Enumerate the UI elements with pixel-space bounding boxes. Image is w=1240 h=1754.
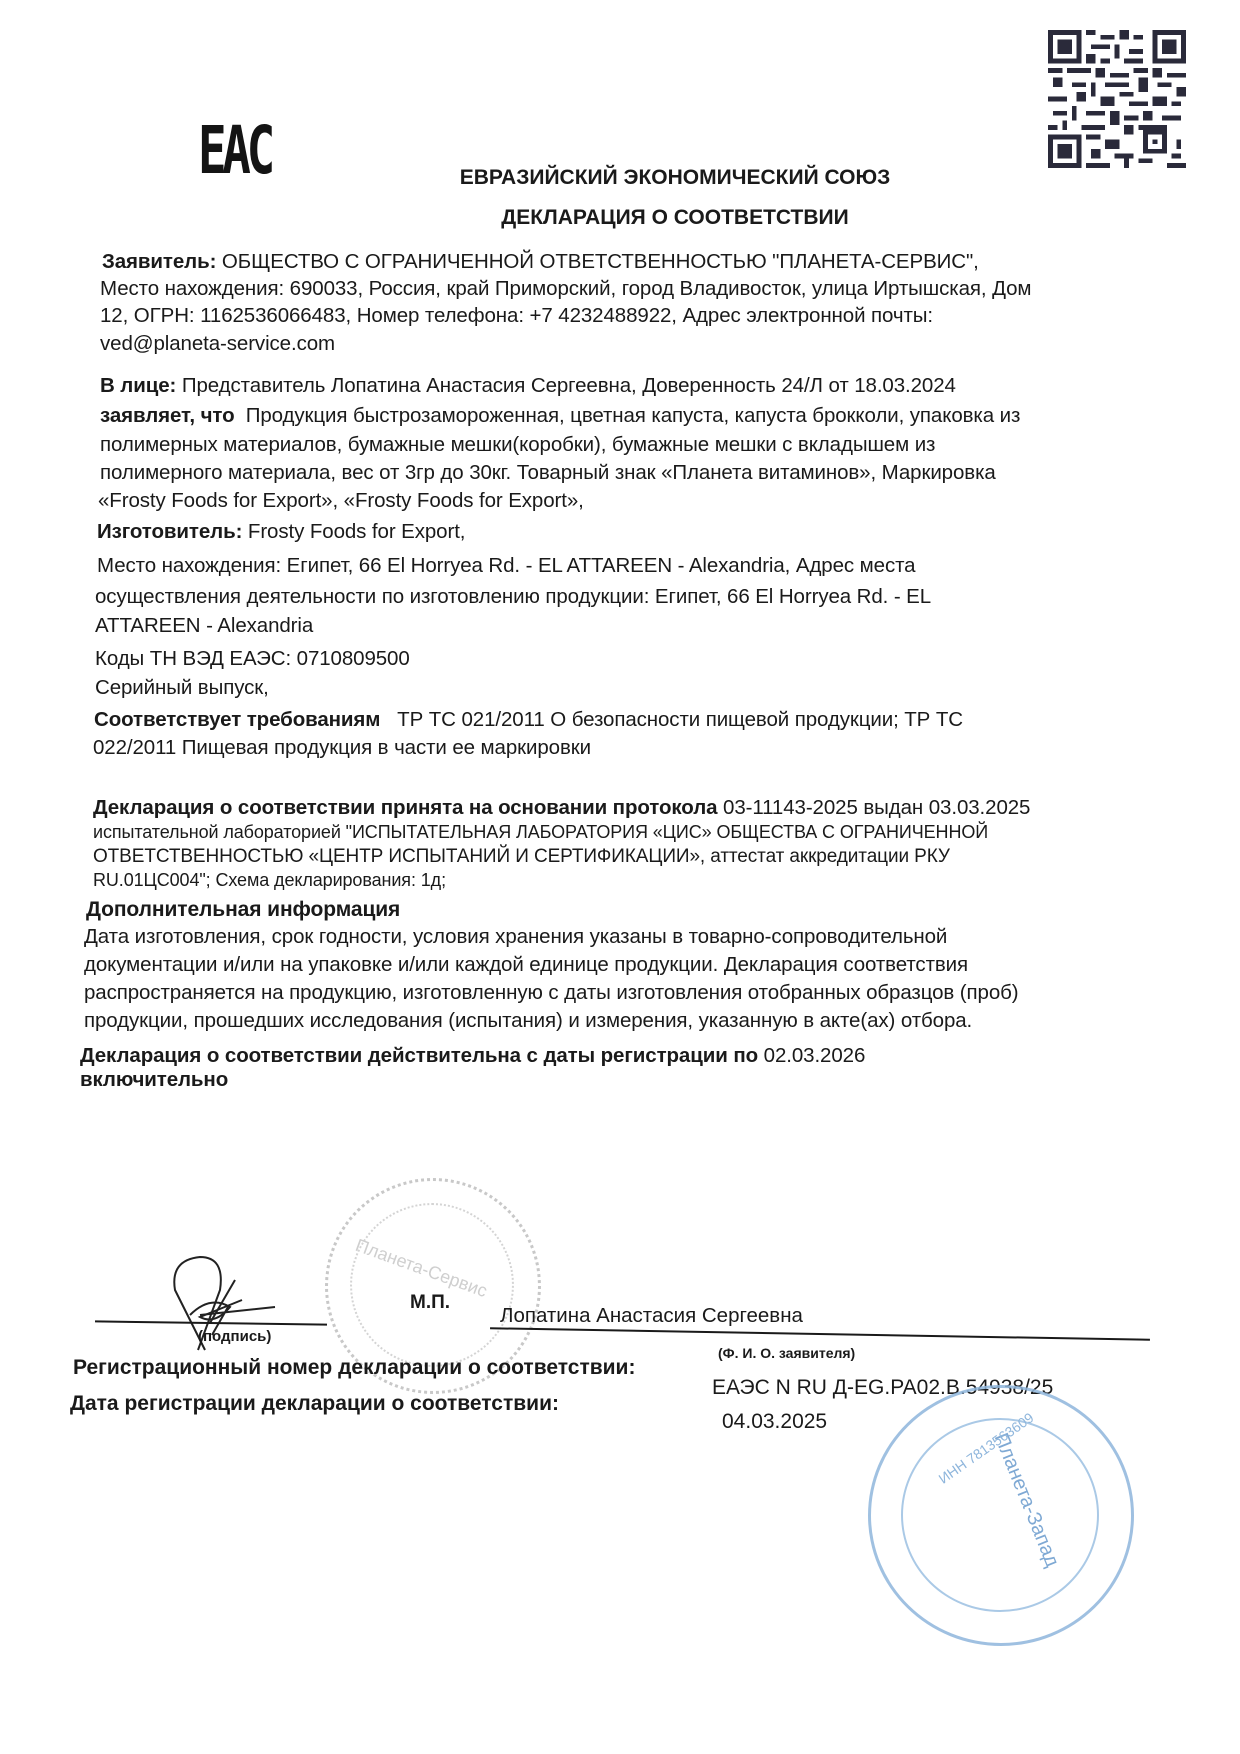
union-heading: ЕВРАЗИЙСКИЙ ЭКОНОМИЧЕСКИЙ СОЮЗ bbox=[55, 166, 1240, 190]
compliance-line-1: Соответствует требованиям ТР ТС 021/2011… bbox=[94, 708, 963, 732]
manufacturer-line: Изготовитель: Frosty Foods for Export, bbox=[97, 520, 465, 544]
applicant-line-1: Заявитель: ОБЩЕСТВО С ОГРАНИЧЕННОЙ ОТВЕТ… bbox=[102, 250, 979, 274]
manufacturer-address-3: ATTAREEN - Alexandria bbox=[95, 614, 313, 638]
basis-line-1: Декларация о соответствии принята на осн… bbox=[93, 796, 1030, 820]
compliance-label: Соответствует требованиям bbox=[94, 708, 380, 731]
hs-codes: Коды ТН ВЭД ЕАЭС: 0710809500 bbox=[95, 647, 410, 671]
registration-date: 04.03.2025 bbox=[722, 1410, 827, 1434]
representative-text: Представитель Лопатина Анастасия Сергеев… bbox=[182, 374, 956, 397]
compliance-regs-1: ТР ТС 021/2011 О безопасности пищевой пр… bbox=[397, 708, 963, 731]
additional-info-line-3: распространяется на продукцию, изготовле… bbox=[84, 981, 1019, 1005]
document-title: ДЕКЛАРАЦИЯ О СООТВЕТСТВИИ bbox=[55, 206, 1240, 230]
applicant-label: Заявитель: bbox=[102, 250, 216, 273]
signer-name: Лопатина Анастасия Сергеевна bbox=[500, 1304, 803, 1328]
validity-date: 02.03.2026 bbox=[764, 1044, 866, 1067]
declares-line-2: полимерных материалов, бумажные мешки(ко… bbox=[100, 433, 935, 457]
manufacturer-address-2: осуществления деятельности по изготовлен… bbox=[95, 585, 931, 609]
validity-line: Декларация о соответствии действительна … bbox=[80, 1044, 865, 1068]
additional-info-line-2: документации и/или на упаковке и/или каж… bbox=[84, 953, 968, 977]
basis-line-2: испытательной лабораторией "ИСПЫТАТЕЛЬНА… bbox=[93, 822, 988, 843]
manufacturer-name: Frosty Foods for Export, bbox=[248, 520, 465, 543]
basis-label: Декларация о соответствии принята на осн… bbox=[93, 796, 717, 819]
manufacturer-label: Изготовитель: bbox=[97, 520, 242, 543]
qr-code-icon bbox=[1048, 28, 1186, 170]
representative-line: В лице: Представитель Лопатина Анастасия… bbox=[100, 374, 956, 398]
manufacturer-address-1: Место нахождения: Египет, 66 El Horryea … bbox=[97, 554, 915, 578]
applicant-email: ved@planeta-service.com bbox=[100, 332, 335, 356]
protocol-number: 03-11143-2025 выдан 03.03.2025 bbox=[723, 796, 1030, 819]
blue-company-stamp bbox=[868, 1385, 1134, 1646]
applicant-line-3: 12, ОГРН: 1162536066483, Номер телефона:… bbox=[100, 304, 933, 328]
signature-caption: (подпись) bbox=[198, 1328, 271, 1345]
serial-production: Серийный выпуск, bbox=[95, 676, 269, 700]
seal-label: М.П. bbox=[410, 1292, 450, 1314]
registration-number-label: Регистрационный номер декларации о соотв… bbox=[73, 1356, 635, 1380]
additional-info-heading: Дополнительная информация bbox=[86, 898, 400, 922]
validity-suffix: включительно bbox=[80, 1068, 228, 1092]
declares-line-1: заявляет, что Продукция быстрозамороженн… bbox=[100, 404, 1020, 428]
registration-date-label: Дата регистрации декларации о соответств… bbox=[70, 1392, 559, 1416]
product-description: Продукция быстрозамороженная, цветная ка… bbox=[246, 404, 1021, 427]
validity-label: Декларация о соответствии действительна … bbox=[80, 1044, 758, 1067]
signer-name-line bbox=[490, 1327, 1150, 1341]
basis-line-3: ОТВЕТСТВЕННОСТЬЮ «ЦЕНТР ИСПЫТАНИЙ И СЕРТ… bbox=[93, 846, 950, 868]
additional-info-line-1: Дата изготовления, срок годности, услови… bbox=[84, 925, 947, 949]
applicant-name: ОБЩЕСТВО С ОГРАНИЧЕННОЙ ОТВЕТСТВЕННОСТЬЮ… bbox=[222, 250, 979, 273]
declares-line-3: полимерного материала, вес от 3гр до 30к… bbox=[100, 461, 996, 485]
compliance-line-2: 022/2011 Пищевая продукция в части ее ма… bbox=[93, 736, 591, 760]
representative-label: В лице: bbox=[100, 374, 176, 397]
declares-line-4: «Frosty Foods for Export», «Frosty Foods… bbox=[98, 489, 584, 513]
basis-line-4: RU.01ЦС004"; Схема декларирования: 1д; bbox=[93, 870, 446, 891]
declares-label: заявляет, что bbox=[100, 404, 235, 427]
name-caption: (Ф. И. О. заявителя) bbox=[718, 1345, 855, 1361]
additional-info-line-4: продукции, прошедших исследования (испыт… bbox=[84, 1009, 972, 1033]
applicant-line-2: Место нахождения: 690033, Россия, край П… bbox=[100, 277, 1031, 301]
